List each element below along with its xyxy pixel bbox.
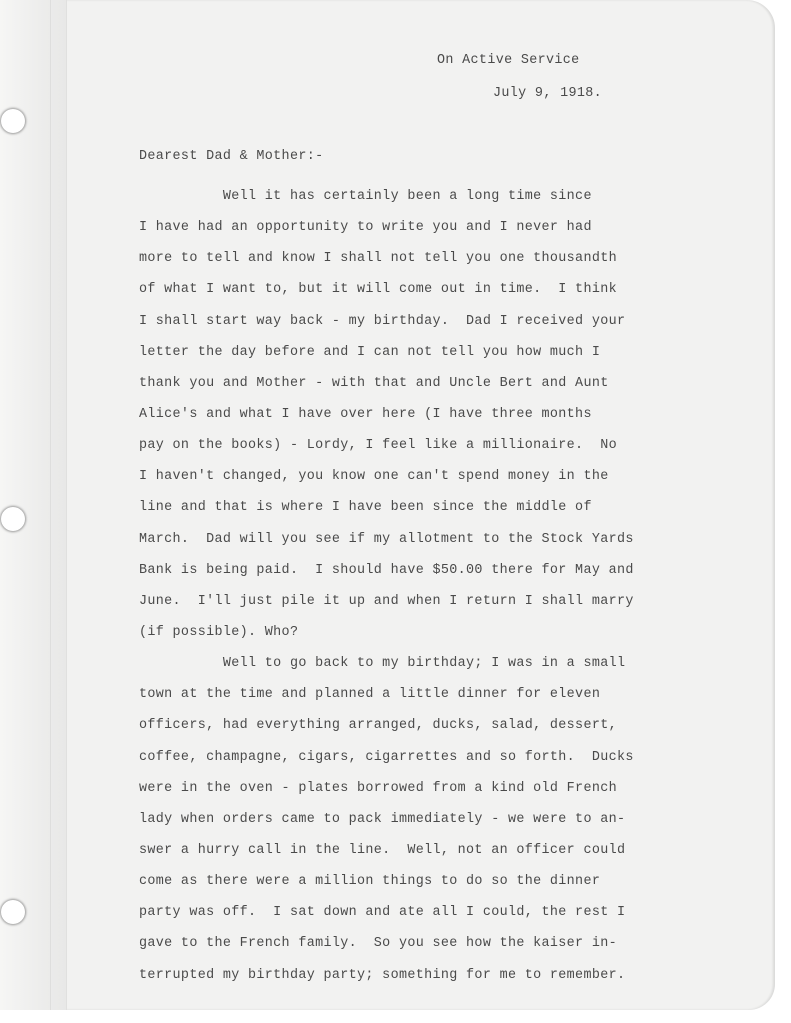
letter-line: March. Dad will you see if my allotment …	[139, 524, 634, 555]
letter-line: officers, had everything arranged, ducks…	[139, 710, 634, 741]
letter-text: On Active Service July 9, 1918. Dearest …	[0, 0, 775, 1010]
letter-line: Alice's and what I have over here (I hav…	[139, 399, 634, 430]
letter-line: Bank is being paid. I should have $50.00…	[139, 555, 634, 586]
letter-line: coffee, champagne, cigars, cigarrettes a…	[139, 742, 634, 773]
letter-line: town at the time and planned a little di…	[139, 679, 634, 710]
letter-page: On Active Service July 9, 1918. Dearest …	[0, 0, 775, 1010]
letter-line: of what I want to, but it will come out …	[139, 274, 634, 305]
letter-line: party was off. I sat down and ate all I …	[139, 897, 634, 928]
letter-line: come as there were a million things to d…	[139, 866, 634, 897]
letter-line: were in the oven - plates borrowed from …	[139, 773, 634, 804]
letter-line: terrupted my birthday party; something f…	[139, 960, 634, 991]
letter-line: line and that is where I have been since…	[139, 492, 634, 523]
letter-line: I haven't changed, you know one can't sp…	[139, 461, 634, 492]
letter-line: pay on the books) - Lordy, I feel like a…	[139, 430, 634, 461]
letter-body: Well it has certainly been a long time s…	[139, 181, 634, 991]
header-service-line: On Active Service	[437, 53, 580, 68]
letter-line: Well to go back to my birthday; I was in…	[139, 648, 634, 679]
header-date: July 9, 1918.	[493, 86, 602, 101]
letter-line: letter the day before and I can not tell…	[139, 337, 634, 368]
letter-line: swer a hurry call in the line. Well, not…	[139, 835, 634, 866]
letter-line: I have had an opportunity to write you a…	[139, 212, 634, 243]
salutation: Dearest Dad & Mother:-	[139, 149, 324, 164]
letter-line: June. I'll just pile it up and when I re…	[139, 586, 634, 617]
letter-line: lady when orders came to pack immediatel…	[139, 804, 634, 835]
letter-line: thank you and Mother - with that and Unc…	[139, 368, 634, 399]
letter-line: I shall start way back - my birthday. Da…	[139, 306, 634, 337]
letter-line: gave to the French family. So you see ho…	[139, 928, 634, 959]
letter-line: Well it has certainly been a long time s…	[139, 181, 634, 212]
letter-line: (if possible). Who?	[139, 617, 634, 648]
letter-line: more to tell and know I shall not tell y…	[139, 243, 634, 274]
